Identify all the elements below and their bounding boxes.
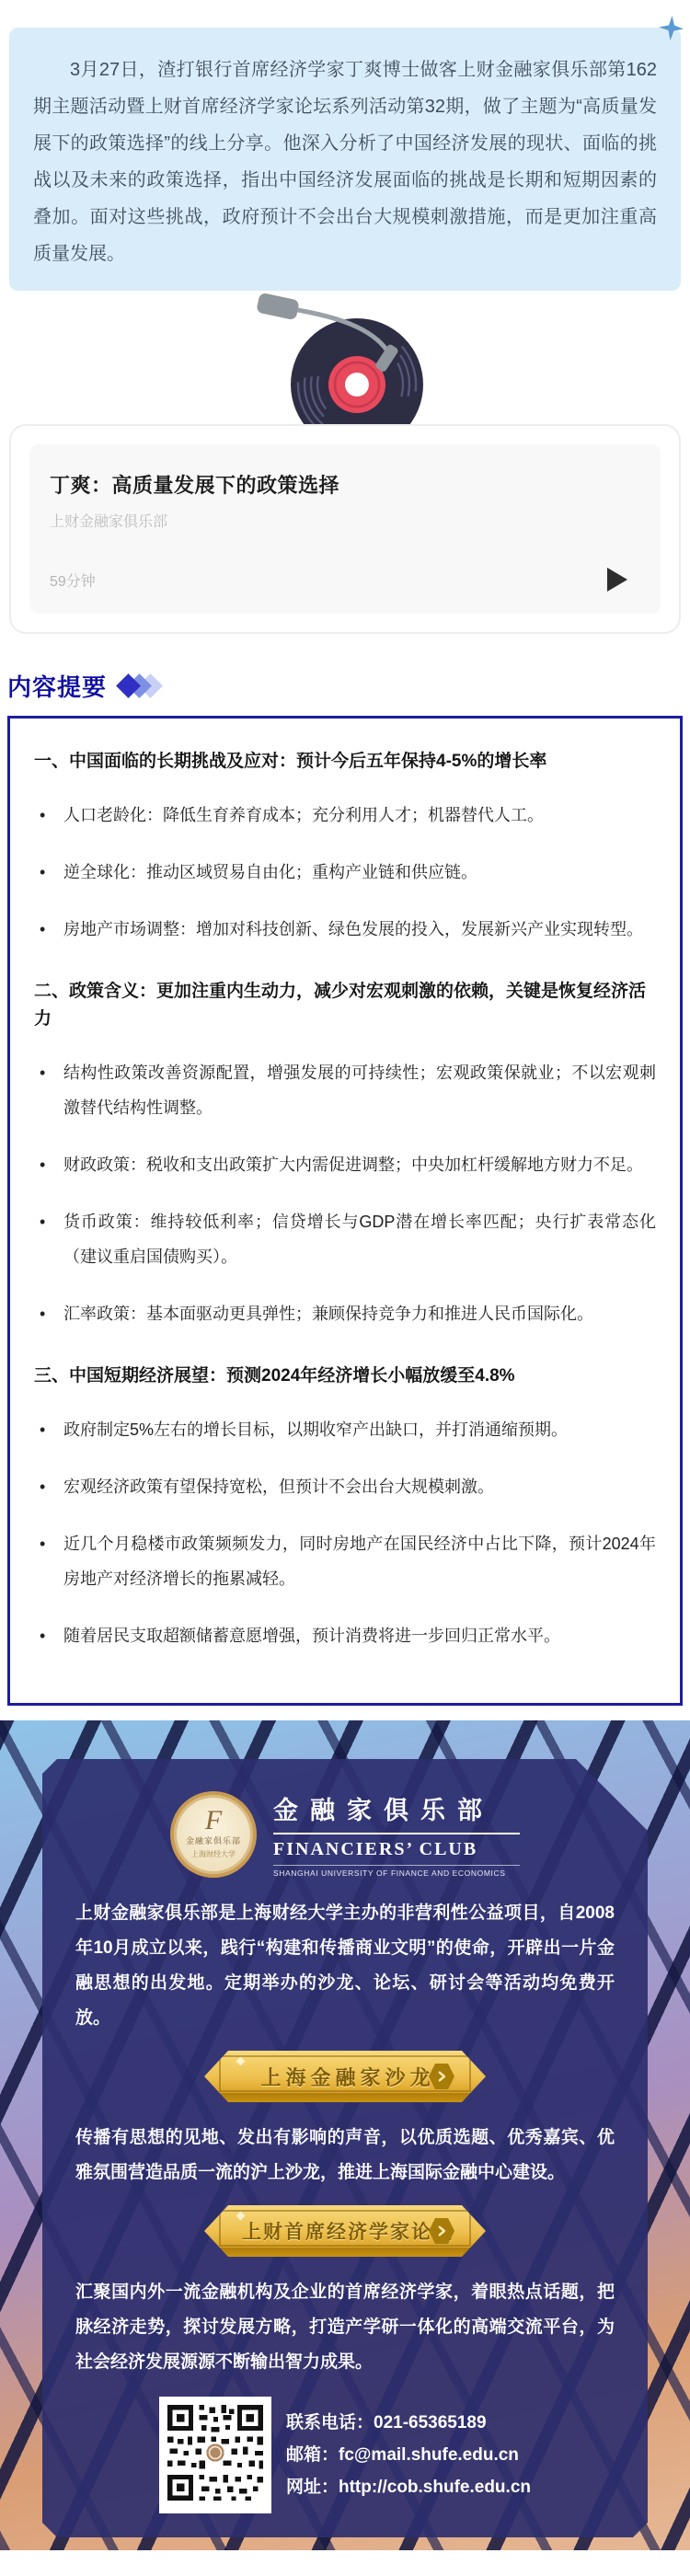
salon-description: 传播有思想的见地、发出有影响的声音，以优质选题、优秀嘉宾、优雅氛围营造品质一流的…: [75, 2121, 615, 2191]
salon-banner-label: 上海金融家沙龙: [255, 2063, 434, 2091]
club-name-en: FINANCIERS’ CLUB: [273, 1839, 520, 1860]
vinyl-illustration: [0, 291, 690, 424]
seal-text: 金融家俱乐部: [186, 1834, 241, 1846]
list-item: • 随着居民支取超额储蓄意愿增强，预计消费将进一步回归正常水平。: [34, 1618, 656, 1653]
club-info-panel: F 金融家俱乐部 上海财经大学 金融家俱乐部 FINANCIERS’ CLUB …: [42, 1759, 648, 2537]
summary-header: 内容提要: [7, 669, 683, 703]
contact-email: 邮箱：fc@mail.shufe.edu.cn: [286, 2439, 531, 2471]
sparkle-icon: [236, 2057, 246, 2066]
list-item: • 宏观经济政策有望保持宽松，但预计不会出台大规模刺激。: [34, 1469, 656, 1504]
bullet-icon: •: [34, 1412, 63, 1447]
contact-website: 网址：http://cob.shufe.edu.cn: [286, 2471, 531, 2503]
audio-source: 上财金融家俱乐部: [50, 510, 640, 531]
intro-section: 3月27日，渣打银行首席经济学家丁爽博士做客上财金融家俱乐部第162期主题活动暨…: [9, 28, 681, 291]
list-item: • 人口老龄化：降低生育养育成本；充分利用人才；机器替代人工。: [34, 798, 656, 833]
bullet-icon: •: [34, 1526, 63, 1596]
list-item: • 结构性政策改善资源配置，增强发展的可持续性；宏观政策保就业；不以宏观刺激替代…: [34, 1055, 656, 1125]
summary-box: 一、中国面临的长期挑战及应对：预计今后五年保持4-5%的增长率 • 人口老龄化：…: [7, 716, 683, 1706]
audio-player-inner: 丁爽：高质量发展下的政策选择 上财金融家俱乐部 59分钟: [29, 444, 661, 614]
vinyl-record-icon: [237, 291, 458, 424]
intro-box: 3月27日，渣打银行首席经济学家丁爽博士做客上财金融家俱乐部第162期主题活动暨…: [9, 28, 681, 291]
list-item: • 近几个月稳楼市政策频频发力，同时房地产在国民经济中占比下降，预计2024年房…: [34, 1526, 656, 1596]
audio-player-card[interactable]: 丁爽：高质量发展下的政策选择 上财金融家俱乐部 59分钟: [9, 424, 681, 634]
bullet-icon: •: [34, 1469, 63, 1504]
qr-code: [159, 2397, 271, 2513]
contact-phone: 联系电话：021-65365189: [286, 2407, 531, 2439]
salon-banner-button[interactable]: 上海金融家沙龙: [204, 2051, 486, 2102]
bullet-icon: •: [34, 1204, 63, 1274]
bullet-text: 财政政策：税收和支出政策扩大内需促进调整；中央加杠杆缓解地方财力不足。: [63, 1147, 643, 1182]
seal-caption: 上海财经大学: [191, 1849, 236, 1859]
bullet-text: 人口老龄化：降低生育养育成本；充分利用人才；机器替代人工。: [63, 798, 544, 833]
club-name-zh: 金融家俱乐部: [273, 1790, 520, 1826]
bullet-icon: •: [34, 1147, 63, 1182]
play-icon[interactable]: [607, 568, 627, 592]
bullet-icon: •: [34, 1618, 63, 1653]
section-2-title: 二、政策含义：更加注重内生动力，减少对宏观刺激的依赖，关键是恢复经济活力: [34, 978, 656, 1033]
bullet-icon: •: [34, 798, 63, 833]
bullet-text: 房地产市场调整：增加对科技创新、绿色发展的投入，发展新兴产业实现转型。: [63, 912, 643, 947]
bullet-icon: •: [34, 912, 63, 947]
list-item: • 汇率政策：基本面驱动更具弹性；兼顾保持竞争力和推进人民币国际化。: [34, 1296, 656, 1331]
list-item: • 财政政策：税收和支出政策扩大内需促进调整；中央加杠杆缓解地方财力不足。: [34, 1147, 656, 1182]
club-about: 上财金融家俱乐部是上海财经大学主办的非营利性公益项目，自2008年10月成立以来…: [75, 1896, 615, 2036]
seal-monogram: F: [205, 1809, 222, 1833]
bullet-text: 近几个月稳楼市政策频频发力，同时房地产在国民经济中占比下降，预计2024年房地产…: [63, 1526, 656, 1596]
intro-paragraph: 3月27日，渣打银行首席经济学家丁爽博士做客上财金融家俱乐部第162期主题活动暨…: [33, 52, 657, 272]
bullet-text: 结构性政策改善资源配置，增强发展的可持续性；宏观政策保就业；不以宏观刺激替代结构…: [63, 1055, 656, 1125]
audio-duration: 59分钟: [50, 569, 96, 591]
footer-photo-background: F 金融家俱乐部 上海财经大学 金融家俱乐部 FINANCIERS’ CLUB …: [0, 1720, 690, 2550]
list-item: • 逆全球化：推动区域贸易自由化；重构产业链和供应链。: [34, 855, 656, 890]
bullet-icon: •: [34, 1296, 63, 1331]
bullet-text: 货币政策：维持较低利率；信贷增长与GDP潜在增长率匹配；央行扩表常态化（建议重启…: [63, 1204, 656, 1274]
bullet-icon: •: [34, 855, 63, 890]
section-1-title: 一、中国面临的长期挑战及应对：预计今后五年保持4-5%的增长率: [34, 748, 656, 776]
list-item: • 房地产市场调整：增加对科技创新、绿色发展的投入，发展新兴产业实现转型。: [34, 912, 656, 947]
diamond-icons: [120, 677, 159, 695]
list-item: • 货币政策：维持较低利率；信贷增长与GDP潜在增长率匹配；央行扩表常态化（建议…: [34, 1204, 656, 1274]
star-icon: [659, 16, 684, 40]
club-seal-icon: F 金融家俱乐部 上海财经大学: [170, 1791, 257, 1878]
audio-title: 丁爽：高质量发展下的政策选择: [50, 470, 640, 499]
bullet-text: 政府制定5%左右的增长目标，以期收窄产出缺口，并打消通缩预期。: [63, 1412, 568, 1447]
contact-section: 联系电话：021-65365189 邮箱：fc@mail.shufe.edu.c…: [75, 2397, 615, 2513]
logo-divider: [273, 1833, 520, 1834]
bullet-text: 逆全球化：推动区域贸易自由化；重构产业链和供应链。: [63, 855, 477, 890]
club-university: SHANGHAI UNIVERSITY OF FINANCE AND ECONO…: [273, 1865, 520, 1878]
bullet-text: 宏观经济政策有望保持宽松，但预计不会出台大规模刺激。: [63, 1469, 494, 1504]
bullet-text: 随着居民支取超额储蓄意愿增强，预计消费将进一步回归正常水平。: [63, 1618, 560, 1653]
forum-banner-button[interactable]: 上财首席经济学家论坛: [204, 2205, 486, 2257]
forum-description: 汇聚国内外一流金融机构及企业的首席经济学家，着眼热点话题，把脉经济走势，探讨发展…: [75, 2275, 615, 2380]
list-item: • 政府制定5%左右的增长目标，以期收窄产出缺口，并打消通缩预期。: [34, 1412, 656, 1447]
section-3-title: 三、中国短期经济展望：预测2024年经济增长小幅放缓至4.8%: [34, 1363, 656, 1390]
bullet-icon: •: [34, 1055, 63, 1125]
bullet-text: 汇率政策：基本面驱动更具弹性；兼顾保持竞争力和推进人民币国际化。: [63, 1296, 593, 1331]
forum-banner-label: 上财首席经济学家论坛: [236, 2217, 454, 2245]
summary-heading: 内容提要: [7, 669, 107, 703]
bottom-spacer: [0, 2550, 690, 2576]
club-logo: F 金融家俱乐部 上海财经大学 金融家俱乐部 FINANCIERS’ CLUB …: [75, 1790, 615, 1878]
